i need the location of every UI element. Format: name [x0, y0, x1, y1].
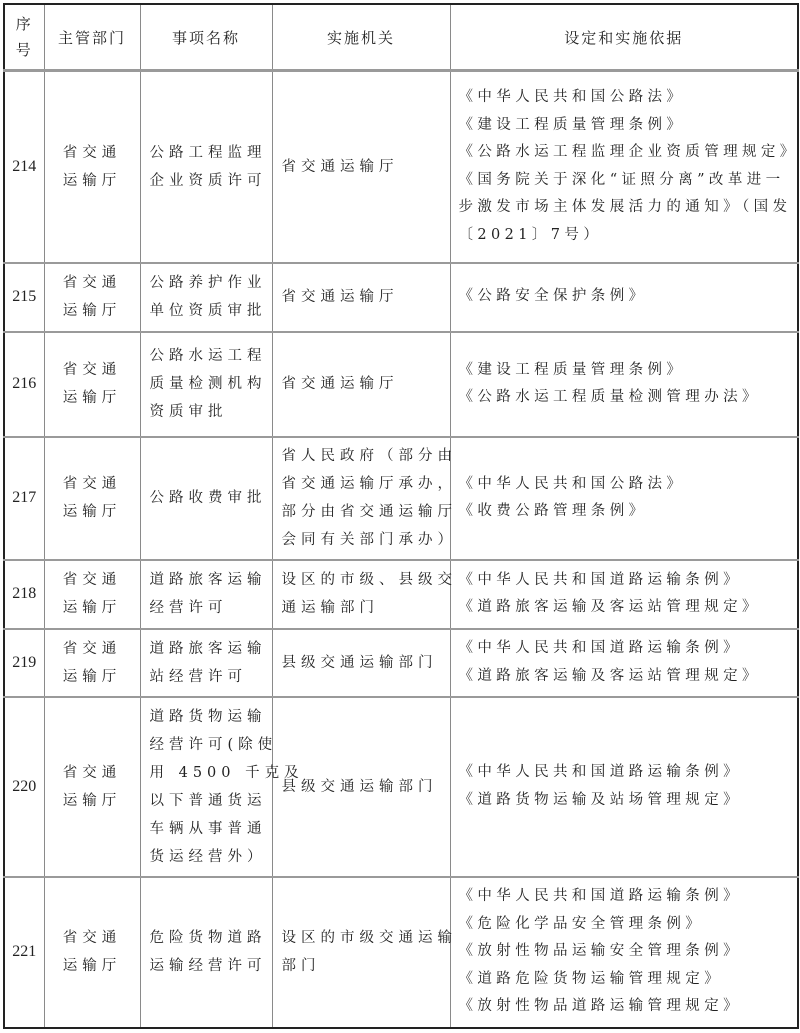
cell-legal-basis: 《中华人民共和国道路运输条例》《道路旅客运输及客运站管理规定》 — [450, 629, 798, 697]
cell-item-name-line: 经营许可(除使 — [150, 731, 268, 759]
cell-legal-basis-line: 《建设工程质量管理条例》 — [459, 357, 792, 385]
cell-item-name: 公路水运工程质量检测机构资质审批 — [140, 332, 272, 437]
cell-legal-basis-line: 《道路旅客运输及客运站管理规定》 — [459, 663, 792, 691]
cell-implementing-authority: 县级交通运输部门 — [272, 629, 450, 697]
cell-legal-basis-line: 《收费公路管理条例》 — [459, 498, 792, 526]
cell-implementing-authority-line: 省交通运输厅 — [282, 283, 446, 311]
cell-serial-number: 220 — [4, 697, 44, 877]
cell-item-name-line: 车辆从事普通 — [150, 815, 268, 843]
cell-implementing-authority-line: 部门 — [282, 952, 446, 980]
cell-competent-department-line: 省交通 — [45, 635, 140, 663]
cell-legal-basis-line: 步激发市场主体发展活力的通知》（国发 — [459, 194, 792, 222]
cell-item-name-line: 公路水运工程 — [150, 342, 268, 370]
cell-item-name: 公路收费审批 — [140, 437, 272, 560]
cell-competent-department-line: 省交通 — [45, 269, 140, 297]
cell-competent-department: 省交通运输厅 — [44, 877, 140, 1028]
cell-implementing-authority-line: 会同有关部门承办） — [282, 526, 446, 554]
cell-competent-department: 省交通运输厅 — [44, 437, 140, 560]
table-row: 219省交通运输厅道路旅客运输站经营许可县级交通运输部门《中华人民共和国道路运输… — [4, 629, 798, 697]
cell-competent-department-line: 运输厅 — [45, 952, 140, 980]
cell-competent-department-line: 运输厅 — [45, 498, 140, 526]
cell-legal-basis: 《公路安全保护条例》 — [450, 263, 798, 332]
cell-serial-number: 221 — [4, 877, 44, 1028]
cell-implementing-authority-line: 县级交通运输部门 — [282, 649, 446, 677]
cell-item-name: 公路工程监理企业资质许可 — [140, 71, 272, 263]
cell-competent-department-line: 省交通 — [45, 139, 140, 167]
cell-legal-basis-line: 《中华人民共和国公路法》 — [459, 84, 792, 112]
header-implementing-authority: 实施机关 — [272, 4, 450, 71]
cell-implementing-authority-line: 通运输部门 — [282, 594, 446, 622]
cell-implementing-authority: 县级交通运输部门 — [272, 697, 450, 877]
cell-competent-department: 省交通运输厅 — [44, 332, 140, 437]
table-header-row: 序 号 主管部门 事项名称 实施机关 设定和实施依据 — [4, 4, 798, 71]
cell-competent-department-line: 省交通 — [45, 470, 140, 498]
table-row: 220省交通运输厅道路货物运输经营许可(除使用 4500 千克及以下普通货运车辆… — [4, 697, 798, 877]
header-serial-number-line2: 号 — [5, 37, 44, 63]
cell-item-name-line: 道路旅客运输 — [150, 635, 268, 663]
cell-competent-department-line: 运输厅 — [45, 167, 140, 195]
cell-competent-department-line: 省交通 — [45, 924, 140, 952]
cell-legal-basis-line: 《公路水运工程监理企业资质管理规定》 — [459, 139, 792, 167]
cell-legal-basis-line: 《建设工程质量管理条例》 — [459, 112, 792, 140]
cell-implementing-authority-line: 部分由省交通运输厅 — [282, 498, 446, 526]
cell-legal-basis-line: 《中华人民共和国公路法》 — [459, 471, 792, 499]
cell-implementing-authority: 省交通运输厅 — [272, 332, 450, 437]
header-serial-number-line1: 序 — [5, 11, 44, 37]
cell-competent-department-line: 运输厅 — [45, 384, 140, 412]
cell-item-name-line: 危险货物道路 — [150, 924, 268, 952]
cell-implementing-authority-line: 县级交通运输部门 — [282, 773, 446, 801]
cell-legal-basis-line: 《危险化学品安全管理条例》 — [459, 911, 792, 939]
cell-item-name: 公路养护作业单位资质审批 — [140, 263, 272, 332]
cell-item-name-line: 运输经营许可 — [150, 952, 268, 980]
cell-competent-department-line: 运输厅 — [45, 663, 140, 691]
table-row: 218省交通运输厅道路旅客运输经营许可设区的市级、县级交通运输部门《中华人民共和… — [4, 560, 798, 629]
cell-legal-basis-line: 《中华人民共和国道路运输条例》 — [459, 567, 792, 595]
cell-legal-basis-line: 〔2021〕7号） — [459, 222, 792, 250]
cell-legal-basis-line: 《中华人民共和国道路运输条例》 — [459, 759, 792, 787]
cell-item-name: 道路货物运输经营许可(除使用 4500 千克及以下普通货运车辆从事普通货运经营外… — [140, 697, 272, 877]
cell-item-name-line: 公路收费审批 — [150, 484, 268, 512]
cell-competent-department-line: 省交通 — [45, 356, 140, 384]
cell-serial-number: 217 — [4, 437, 44, 560]
cell-item-name: 道路旅客运输经营许可 — [140, 560, 272, 629]
table-row: 214省交通运输厅公路工程监理企业资质许可省交通运输厅《中华人民共和国公路法》《… — [4, 71, 798, 263]
cell-legal-basis-line: 《中华人民共和国道路运输条例》 — [459, 883, 792, 911]
table-row: 216省交通运输厅公路水运工程质量检测机构资质审批省交通运输厅《建设工程质量管理… — [4, 332, 798, 437]
cell-competent-department-line: 省交通 — [45, 566, 140, 594]
cell-implementing-authority: 省人民政府（部分由省交通运输厅承办，部分由省交通运输厅会同有关部门承办） — [272, 437, 450, 560]
cell-implementing-authority-line: 设区的市级、县级交 — [282, 566, 446, 594]
cell-competent-department-line: 运输厅 — [45, 594, 140, 622]
administrative-permit-table: 序 号 主管部门 事项名称 实施机关 设定和实施依据 214省交通运输厅公路工程… — [3, 3, 799, 1029]
cell-item-name-line: 单位资质审批 — [150, 297, 268, 325]
cell-item-name-line: 公路工程监理 — [150, 139, 268, 167]
cell-serial-number: 215 — [4, 263, 44, 332]
table-row: 217省交通运输厅公路收费审批省人民政府（部分由省交通运输厅承办，部分由省交通运… — [4, 437, 798, 560]
cell-item-name-line: 资质审批 — [150, 398, 268, 426]
cell-competent-department-line: 运输厅 — [45, 787, 140, 815]
cell-legal-basis-line: 《国务院关于深化“证照分离”改革进一 — [459, 167, 792, 195]
cell-legal-basis-line: 《放射性物品运输安全管理条例》 — [459, 938, 792, 966]
cell-serial-number: 218 — [4, 560, 44, 629]
cell-item-name-line: 道路旅客运输 — [150, 566, 268, 594]
header-item-name: 事项名称 — [140, 4, 272, 71]
cell-item-name-line: 经营许可 — [150, 594, 268, 622]
cell-implementing-authority: 设区的市级交通运输部门 — [272, 877, 450, 1028]
cell-serial-number: 216 — [4, 332, 44, 437]
cell-item-name-line: 货运经营外） — [150, 843, 268, 871]
cell-competent-department: 省交通运输厅 — [44, 263, 140, 332]
cell-competent-department-line: 运输厅 — [45, 297, 140, 325]
cell-implementing-authority-line: 设区的市级交通运输 — [282, 924, 446, 952]
cell-item-name: 道路旅客运输站经营许可 — [140, 629, 272, 697]
cell-legal-basis: 《中华人民共和国公路法》《收费公路管理条例》 — [450, 437, 798, 560]
cell-implementing-authority: 设区的市级、县级交通运输部门 — [272, 560, 450, 629]
cell-item-name: 危险货物道路运输经营许可 — [140, 877, 272, 1028]
cell-legal-basis-line: 《公路安全保护条例》 — [459, 283, 792, 311]
header-serial-number: 序 号 — [4, 4, 44, 71]
cell-legal-basis: 《中华人民共和国道路运输条例》《道路旅客运输及客运站管理规定》 — [450, 560, 798, 629]
cell-implementing-authority-line: 省人民政府（部分由 — [282, 442, 446, 470]
cell-item-name-line: 公路养护作业 — [150, 269, 268, 297]
cell-legal-basis: 《中华人民共和国公路法》《建设工程质量管理条例》《公路水运工程监理企业资质管理规… — [450, 71, 798, 263]
header-legal-basis: 设定和实施依据 — [450, 4, 798, 71]
cell-serial-number: 214 — [4, 71, 44, 263]
cell-item-name-line: 站经营许可 — [150, 663, 268, 691]
table-row: 221省交通运输厅危险货物道路运输经营许可设区的市级交通运输部门《中华人民共和国… — [4, 877, 798, 1028]
header-competent-department: 主管部门 — [44, 4, 140, 71]
cell-legal-basis-line: 《道路危险货物运输管理规定》 — [459, 966, 792, 994]
cell-serial-number: 219 — [4, 629, 44, 697]
cell-item-name-line: 企业资质许可 — [150, 167, 268, 195]
cell-legal-basis-line: 《放射性物品道路运输管理规定》 — [459, 993, 792, 1021]
cell-competent-department-line: 省交通 — [45, 759, 140, 787]
cell-item-name-line: 道路货物运输 — [150, 703, 268, 731]
table-row: 215省交通运输厅公路养护作业单位资质审批省交通运输厅《公路安全保护条例》 — [4, 263, 798, 332]
cell-implementing-authority-line: 省交通运输厅 — [282, 370, 446, 398]
cell-competent-department: 省交通运输厅 — [44, 71, 140, 263]
cell-legal-basis: 《建设工程质量管理条例》《公路水运工程质量检测管理办法》 — [450, 332, 798, 437]
cell-implementing-authority-line: 省交通运输厅承办， — [282, 470, 446, 498]
cell-item-name-line: 用 4500 千克及 — [150, 759, 268, 787]
cell-legal-basis-line: 《中华人民共和国道路运输条例》 — [459, 635, 792, 663]
cell-legal-basis-line: 《公路水运工程质量检测管理办法》 — [459, 384, 792, 412]
cell-implementing-authority-line: 省交通运输厅 — [282, 153, 446, 181]
cell-item-name-line: 质量检测机构 — [150, 370, 268, 398]
cell-legal-basis: 《中华人民共和国道路运输条例》《危险化学品安全管理条例》《放射性物品运输安全管理… — [450, 877, 798, 1028]
cell-legal-basis-line: 《道路货物运输及站场管理规定》 — [459, 787, 792, 815]
cell-competent-department: 省交通运输厅 — [44, 629, 140, 697]
cell-competent-department: 省交通运输厅 — [44, 697, 140, 877]
cell-item-name-line: 以下普通货运 — [150, 787, 268, 815]
cell-legal-basis-line: 《道路旅客运输及客运站管理规定》 — [459, 594, 792, 622]
cell-legal-basis: 《中华人民共和国道路运输条例》《道路货物运输及站场管理规定》 — [450, 697, 798, 877]
cell-implementing-authority: 省交通运输厅 — [272, 263, 450, 332]
cell-implementing-authority: 省交通运输厅 — [272, 71, 450, 263]
cell-competent-department: 省交通运输厅 — [44, 560, 140, 629]
